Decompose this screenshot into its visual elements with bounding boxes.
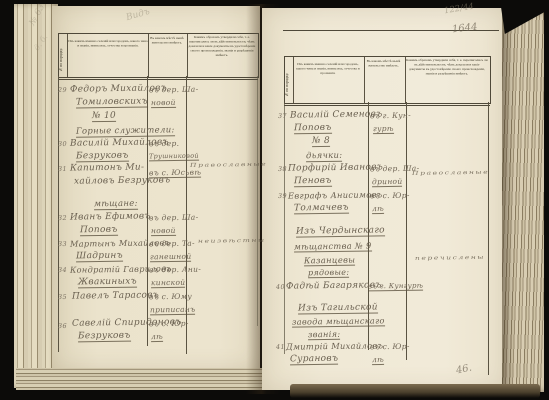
entry-place: приписанъ xyxy=(150,305,196,316)
entry-place: лѣ xyxy=(372,204,384,214)
fore-edge-stack xyxy=(502,12,544,392)
entry-name: Павелъ Тарасовъ xyxy=(72,290,159,301)
entry-name: Порфирій Ивановъ xyxy=(288,162,383,173)
entry-number: 34 xyxy=(58,266,67,274)
entry-number: 29 xyxy=(58,86,67,94)
section-heading: рядовые: xyxy=(308,268,349,279)
right-header-col1-label: № по порядку. xyxy=(284,61,288,97)
entry-place: новой xyxy=(151,98,176,108)
right-table-line-outer xyxy=(284,102,285,354)
group-heading: мѣщане: xyxy=(94,199,138,211)
bottom-page-edge-stack xyxy=(16,368,262,390)
left-header-col4-label: Какимъ образомъ утвердили себя, т. е. пе… xyxy=(188,35,256,76)
section-heading: Казанцевы xyxy=(304,255,355,267)
right-header-col4-label: Какимъ образомъ утвердили себя, т. е. пе… xyxy=(406,58,488,102)
entry-place: въ дер. Ша- xyxy=(149,85,198,95)
entry-name: Томиловскихъ xyxy=(76,96,148,108)
left-header-col3-label: Въ какомъ мѣстѣ нынѣ жительство имѣютъ. xyxy=(149,36,185,76)
entry-place: въ с. Юму xyxy=(149,292,192,302)
margin-note: Православные xyxy=(412,169,489,177)
margin-note: неизвѣстны xyxy=(198,237,266,244)
right-table-line-right xyxy=(488,102,489,375)
left-header-col1-label: № по порядку. xyxy=(58,38,62,72)
entry-number: 37 xyxy=(278,112,287,120)
entry-number: 33 xyxy=(58,240,67,248)
left-table-line-right xyxy=(257,76,258,326)
entry-place: въ г. Кун- xyxy=(370,111,411,121)
entry-place: въ дер. Ани- xyxy=(149,265,201,275)
entry-place: въ с. Юр- xyxy=(370,342,410,352)
entry-name: Пеновъ xyxy=(294,176,332,188)
section-heading: Изъ Чердынскаго xyxy=(296,225,385,237)
right-header-double-rule xyxy=(284,105,490,106)
right-header-col3-label: Въ какомъ мѣстѣ нынѣ жительство имѣютъ. xyxy=(365,59,402,101)
entry-place: въ с. Юр- xyxy=(370,191,410,201)
entry-place: въ г. Кунгурѣ xyxy=(368,282,423,292)
entry-place: кинской xyxy=(151,278,186,288)
family-number-heading: № 8 xyxy=(312,136,330,147)
entry-name: Евграфъ Анисимовъ xyxy=(288,189,383,200)
section-heading: завода мѣщанскаго xyxy=(292,315,385,327)
entry-name: Толмачевъ xyxy=(294,203,349,215)
entry-number: 39 xyxy=(278,192,287,200)
book-scan: № по порядку. Изъ какихъ именно селеній … xyxy=(0,0,549,400)
entry-number: 30 xyxy=(58,140,67,148)
entry-name: Безруковъ xyxy=(78,331,131,343)
entry-place: въ с. Юр- xyxy=(149,319,189,329)
section-heading: званія: xyxy=(308,329,341,340)
group-heading: дьячки: xyxy=(306,151,343,163)
entry-place: дриной xyxy=(372,177,403,187)
entry-place: новой xyxy=(151,226,176,236)
entry-name: Иванъ Ефимовъ xyxy=(70,211,151,222)
right-table-line-col3 xyxy=(406,102,407,360)
entry-place: въ с. Юсьвѣ xyxy=(149,168,201,179)
margin-note: Православные xyxy=(190,161,267,169)
entry-name: Капитонъ Ми- xyxy=(70,162,144,173)
entry-number: 36 xyxy=(58,322,67,330)
left-header-double-rule xyxy=(58,79,258,80)
entry-name: Василій Семеновъ xyxy=(290,109,383,120)
entry-place: лѣ xyxy=(372,355,384,365)
entry-place: въ дер. Та- xyxy=(149,239,195,249)
entry-place: въ дер. Ша- xyxy=(149,213,198,223)
entry-number: 35 xyxy=(58,293,67,301)
entry-name: Жвакиныхъ xyxy=(78,277,137,289)
bottom-fore-edge xyxy=(290,384,540,398)
family-number-heading: № 10 xyxy=(92,111,116,122)
group-heading: Горные служители: xyxy=(76,125,175,137)
entry-name: Дмитрій Михайловъ xyxy=(286,340,383,351)
entry-name: Шадринъ xyxy=(76,251,123,263)
entry-number: 31 xyxy=(58,165,67,173)
entry-name: Безруковъ xyxy=(76,151,129,163)
entry-place: гурѣ xyxy=(373,124,394,134)
entry-number: 32 xyxy=(58,214,67,222)
entry-place: лѣ xyxy=(151,332,163,342)
entry-name: Поповъ xyxy=(80,225,118,237)
margin-note: перечислены xyxy=(415,254,485,262)
entry-number: 41 xyxy=(276,343,285,351)
entry-number: 38 xyxy=(278,165,287,173)
entry-name: Сурановъ xyxy=(290,354,338,366)
section-heading: мѣщанства № 9 xyxy=(294,240,372,252)
entry-place: въ дер. xyxy=(149,139,179,148)
section-heading: Изъ Тагильской xyxy=(298,302,378,314)
entry-name: Поповъ xyxy=(294,123,332,135)
entry-place: Трушниковой xyxy=(149,152,199,162)
entry-place: ганешной xyxy=(150,252,192,263)
right-header-col2-label: Изъ какихъ именно селеній или городовъ, … xyxy=(294,62,362,100)
left-header-col2-label: Изъ какихъ именно селеній или городовъ, … xyxy=(68,39,148,75)
entry-number: 40 xyxy=(276,283,285,291)
